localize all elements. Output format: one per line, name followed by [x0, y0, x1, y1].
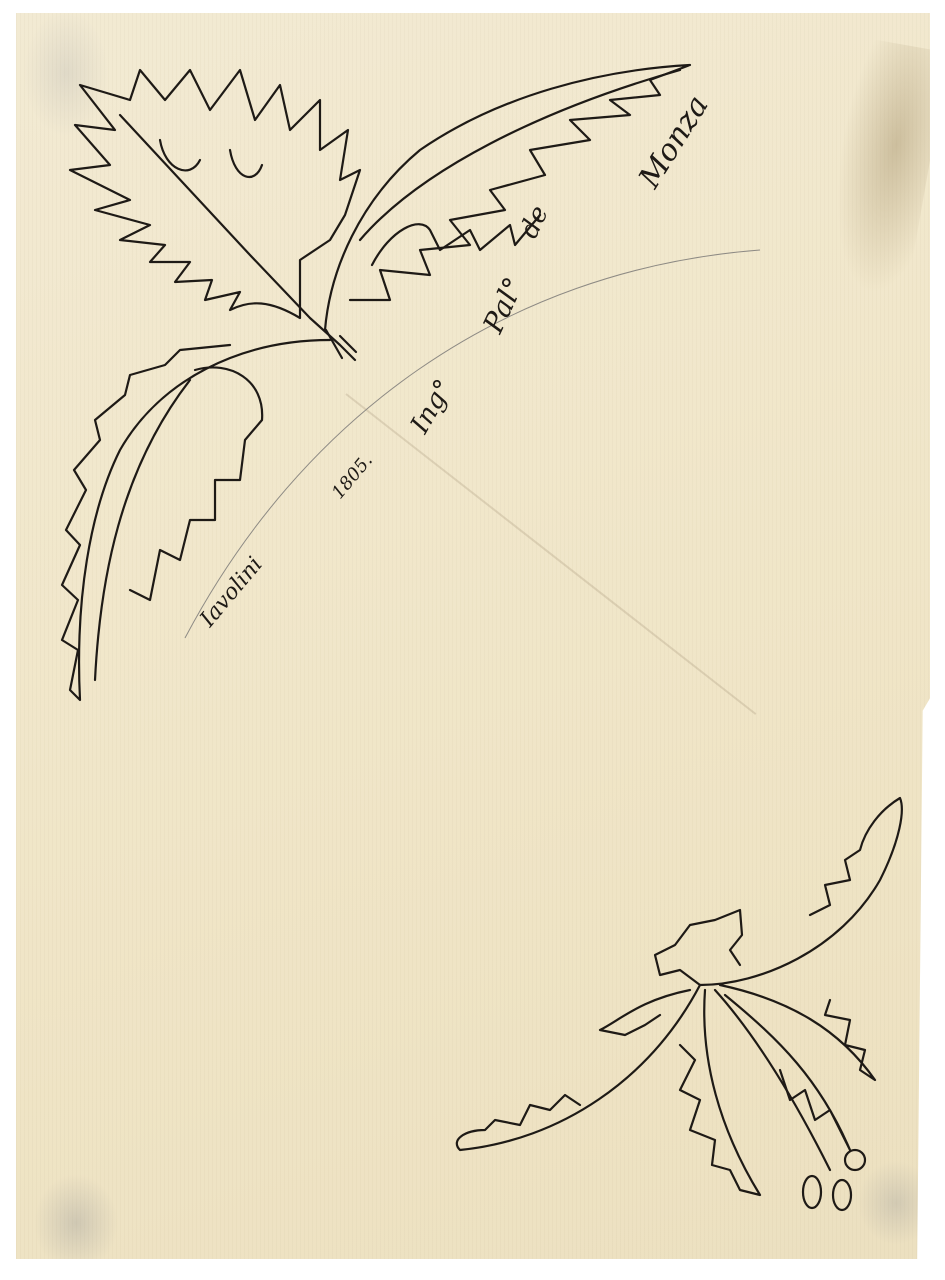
inscription-year: 1805. — [328, 450, 377, 503]
leaf-branch-drawing — [62, 65, 690, 700]
acanthus-ornament-drawing — [457, 798, 902, 1210]
inscription-title-1: Ing° — [405, 374, 460, 439]
inscription-title-3: de — [514, 201, 555, 243]
handwritten-inscription: Iavolini 1805. Ing° Pal° de Monza — [195, 89, 716, 632]
pencil-arc — [185, 250, 760, 638]
inscription-place: Monza — [632, 89, 716, 195]
inscription-author: Iavolini — [195, 552, 268, 632]
ink-drawing: Iavolini 1805. Ing° Pal° de Monza — [0, 0, 945, 1280]
